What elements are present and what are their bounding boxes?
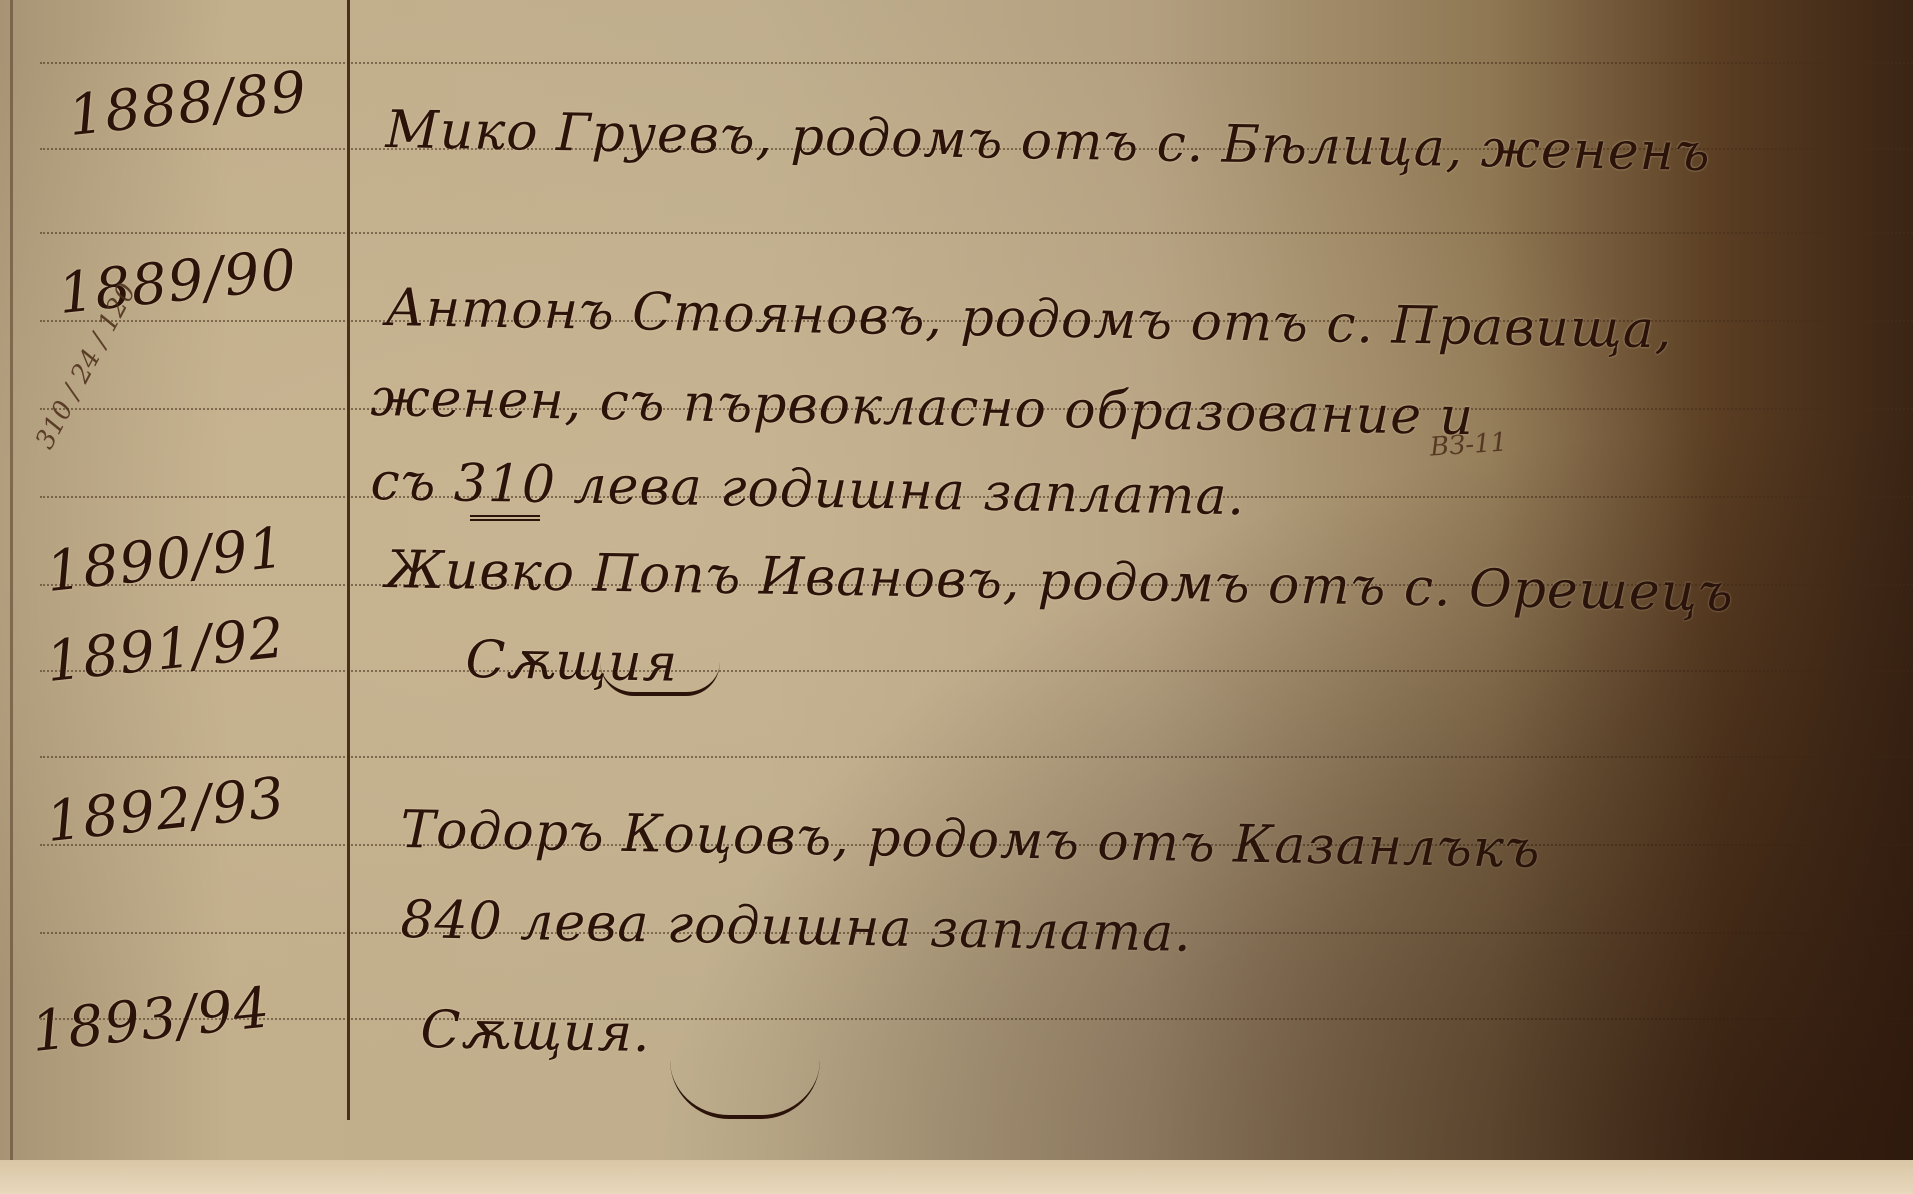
signature-flourish (600, 662, 720, 696)
ruled-line (40, 232, 1913, 234)
ruled-line (40, 756, 1913, 758)
entry-text-line: Живко Попъ Ивановъ, родомъ отъ с. Орешец… (385, 540, 1734, 624)
entry-text-line: 840 лева годишна заплата. (400, 890, 1192, 964)
entry-year: 1891/92 (43, 605, 288, 695)
entry-text-line: Тодоръ Коцовъ, родомъ отъ Казанлъкъ (400, 800, 1541, 880)
entry-year: 1889/90 (55, 237, 300, 327)
signature-flourish (670, 1060, 820, 1119)
left-margin-line (10, 0, 13, 1160)
entry-text-line: женен, съ първокласно образование и (370, 368, 1475, 447)
entry-text-line: Мико Груевъ, родомъ отъ с. Бѣлица, женен… (385, 100, 1711, 183)
entry-text-line: Антонъ Стояновъ, родомъ отъ с. Правища, (385, 278, 1673, 360)
entry-year: 1892/93 (43, 765, 288, 855)
page-bottom-edge (0, 1160, 1913, 1194)
entry-year: 1890/91 (43, 515, 288, 605)
entry-year: 1893/94 (28, 975, 273, 1065)
ruled-line (40, 62, 1913, 64)
entry-year: 1888/89 (65, 59, 310, 149)
inline-pencil-note: ВЗ-11 (1429, 427, 1508, 462)
ruled-line (40, 1018, 1913, 1020)
ruled-line (40, 670, 1913, 672)
ledger-page: 1888/89 Мико Груевъ, родомъ отъ с. Бѣлиц… (0, 0, 1913, 1160)
year-column-divider (347, 0, 350, 1120)
amount-double-underline (470, 515, 540, 521)
entry-text-line: Сѫщия. (420, 1000, 651, 1064)
